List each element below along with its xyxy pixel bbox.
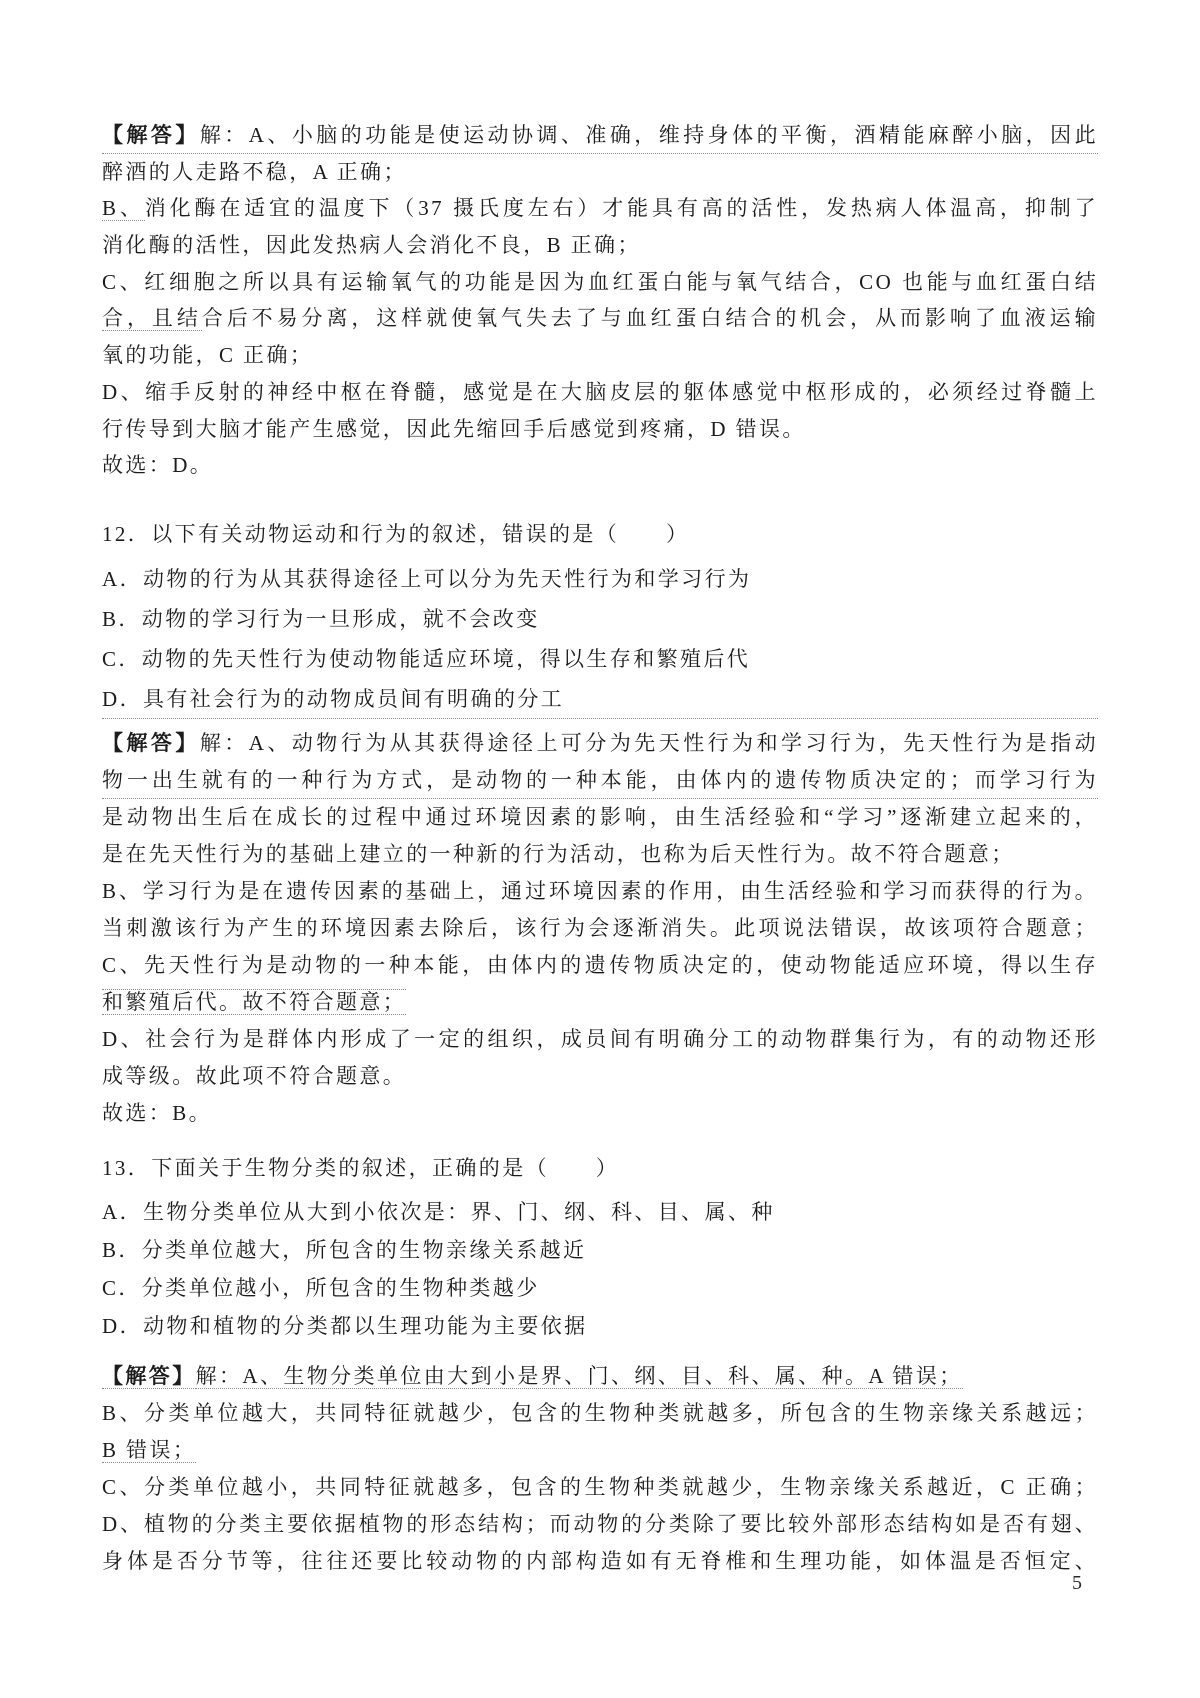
text-line: 合，且结合后不易分离，这样就使氧气失去了与血红蛋白结合的机会，从而影响了血液运输 [102,300,1098,337]
text-line: C、分类单位越小，共同特征就越多，包含的生物种类就越少，生物亲缘关系越近，C 正… [102,1469,1098,1506]
text-run: B．分类单位越大，所包含的生物亲缘关系越近 [102,1238,586,1262]
text-run: 和繁殖后代。故不符合题意； [102,989,406,1015]
text-line: 物一出生就有的一种行为方式，是动物的一种本能，由体内的遗传物质决定的；而学习行为 [102,762,1098,799]
document-page: 【解答】解：A、小脑的功能是使运动协调、准确，维持身体的平衡，酒精能麻醉小脑，因… [0,0,1200,1698]
question-12-question: 12．以下有关动物运动和行为的叙述，错误的是（ ） [102,516,1098,553]
text-line: B、学习行为是在遗传因素的基础上，通过环境因素的作用，由生活经验和学习而获得的行… [102,873,1098,910]
question-12-option-b: B．动物的学习行为一旦形成，就不会改变 [102,599,1098,639]
text-run: 成等级。故此项不符合题意。 [102,1064,406,1088]
text-run: A．生物分类单位从大到小依次是：界、门、纲、科、目、属、种 [102,1200,775,1224]
text-run: A．动物的行为从其获得途径上可以分为先天性行为和学习行为 [102,567,751,591]
text-line: D、缩手反射的神经中枢在脊髓，感觉是在大脑皮层的躯体感觉中枢形成的，必须经过脊髓… [102,374,1098,411]
q11-answer: 【解答】解：A、小脑的功能是使运动协调、准确，维持身体的平衡，酒精能麻醉小脑，因… [102,117,1098,484]
text-line: 醉酒的人走路不稳，A 正确； [102,154,1098,191]
text-run: 氧的功能，C 正确； [102,343,313,367]
text-run: 行传导到大脑才能产生感觉，因此先缩回手后感觉到疼痛，D 错误。 [102,417,806,441]
text-run: 消化酶在适宜的温度下（37 摄氏度左右）才能具有高的活性，发热病人体温高，抑制了 [145,196,1098,220]
text-run: C．分类单位越小，所包含的生物种类越少 [102,1276,540,1300]
text-line: 氧的功能，C 正确； [102,337,1098,374]
text-line: 【解答】解：A、动物行为从其获得途径上可分为先天性行为和学习行为，先天性行为是指… [102,725,1098,762]
text-run: C、红细胞之所以具有运输氧气的功能是因为血红蛋白能与氧气结合，CO 也能与血红蛋… [102,270,1098,294]
text-run: D、社会行为是群体内形成了一定的组织，成员间有明确分工的动物群集行为，有的动物还… [102,1027,1098,1051]
text-run: D、缩手反射的神经中枢在脊髓，感觉是在大脑皮层的躯体感觉中枢形成的，必须经过脊髓… [102,380,1098,404]
text-line: B、分类单位越大，共同特征就越少，包含的生物种类就越多，所包含的生物亲缘关系越远… [102,1395,1098,1432]
text-run: C．动物的先天性行为使动物能适应环境，得以生存和繁殖后代 [102,647,750,671]
text-run: 解：A、小脑的功能是使运动协调、准确，维持身体的平衡，酒精能麻醉小脑，因此 [200,123,1098,147]
text-run: 故选：D。 [102,453,213,477]
question-12-option-d: D．具有社会行为的动物成员间有明确的分工 [102,679,1098,719]
text-run: 合，且结 [102,306,202,331]
text-run: 12．以下有关动物运动和行为的叙述，错误的是（ ） [102,522,689,546]
text-run: C、先天性行为是动物的一种本能，由体内的遗传物质决定的，使动物能适应环境，得以生… [102,953,1098,977]
text-run: D、植物的分类主要依据植物的形态结构；而动物的分类除了要比较外部形态结构如是否有… [102,1512,1098,1536]
text-run: C、分类单位越小，共同特征就越多，包含的生物种类就越少，生物亲缘关系越近，C 正… [102,1475,1098,1499]
text-line: 和繁殖后代。故不符合题意； [102,984,1098,1021]
text-run: 是在先天性行为的基础上建立的一种新的行为活动，也称为后天性行为。故不符合题意； [102,842,1015,866]
question-12: 12．以下有关动物运动和行为的叙述，错误的是（ ）A．动物的行为从其获得途径上可… [102,516,1098,719]
text-run: D．动物和植物的分类都以生理功能为主要依据 [102,1314,588,1338]
question-13: 13．下面关于生物分类的叙述，正确的是（ ）A．生物分类单位从大到小依次是：界、… [102,1150,1098,1345]
q12-answer: 【解答】解：A、动物行为从其获得途径上可分为先天性行为和学习行为，先天性行为是指… [102,725,1098,1132]
question-12-option-c: C．动物的先天性行为使动物能适应环境，得以生存和繁殖后代 [102,639,1098,679]
text-run: 13．下面关于生物分类的叙述，正确的是（ ） [102,1156,619,1180]
text-run: 消化酶的活性，因此发热病人会消化不良，B 正确； [102,233,641,257]
text-run: 身体是否分节等，往往还要比较动物的内部构造如有无脊椎和生理功能，如体温是否恒定、 [102,1549,1098,1573]
text-run: B、学习行为是在遗传因素的基础上，通过环境因素的作用，由生活经验和学习而获得的行… [102,879,1098,903]
question-13-option-a: A．生物分类单位从大到小依次是：界、门、纲、科、目、属、种 [102,1193,1098,1231]
text-line: B 错误； [102,1432,1098,1469]
text-run: 故选：B。 [102,1101,212,1125]
text-line: C、先天性行为是动物的一种本能，由体内的遗传物质决定的，使动物能适应环境，得以生… [102,947,1098,984]
text-line: 消化酶的活性，因此发热病人会消化不良，B 正确； [102,227,1098,264]
question-13-question: 13．下面关于生物分类的叙述，正确的是（ ） [102,1150,1098,1187]
text-line: 故选：D。 [102,447,1098,484]
text-run: 当刺激该行为产生的环境因素去除后，该行为会逐渐消失。此项说法错误，故该项符合题意… [102,916,1098,940]
text-line: B、消化酶在适宜的温度下（37 摄氏度左右）才能具有高的活性，发热病人体温高，抑… [102,190,1098,227]
text-run: B．动物的学习行为一旦形成，就不会改变 [102,607,540,631]
text-run: B、分类单位越大，共同特征就越少，包含的生物种类就越多，所包含的生物亲缘关系越远… [102,1401,1098,1425]
text-line: 【解答】解：A、生物分类单位由大到小是界、门、纲、目、科、属、种。A 错误； [102,1358,1098,1395]
text-line: 是在先天性行为的基础上建立的一种新的行为活动，也称为后天性行为。故不符合题意； [102,836,1098,873]
page-number: 5 [1072,1572,1082,1595]
question-12-option-a: A．动物的行为从其获得途径上可以分为先天性行为和学习行为 [102,559,1098,599]
answer-label: 【解答】 [102,123,200,147]
text-run: 解：A、生物分类单位由大到小是界、门、纲、目、科、属、种。A 错误； [196,1364,963,1389]
answer-label: 【解答】 [102,731,200,755]
text-line: D、社会行为是群体内形成了一定的组织，成员间有明确分工的动物群集行为，有的动物还… [102,1021,1098,1058]
text-run: 物一出生就有的一种行为方式，是动物的一种本能，由体内的遗传物质决定的；而学习行为 [102,768,1098,792]
text-line: 故选：B。 [102,1095,1098,1132]
text-line: 成等级。故此项不符合题意。 [102,1058,1098,1095]
q13-answer: 【解答】解：A、生物分类单位由大到小是界、门、纲、目、科、属、种。A 错误；B、… [102,1358,1098,1580]
question-13-option-c: C．分类单位越小，所包含的生物种类越少 [102,1269,1098,1307]
text-line: D、植物的分类主要依据植物的形态结构；而动物的分类除了要比较外部形态结构如是否有… [102,1506,1098,1543]
document-content: 【解答】解：A、小脑的功能是使运动协调、准确，维持身体的平衡，酒精能麻醉小脑，因… [102,0,1098,1580]
text-run: 合后不易分离，这样就使氧气失去了与血红蛋白结合的机会，从而影响了血液运输 [202,306,1098,330]
text-line: 当刺激该行为产生的环境因素去除后，该行为会逐渐消失。此项说法错误，故该项符合题意… [102,910,1098,947]
text-line: 身体是否分节等，往往还要比较动物的内部构造如有无脊椎和生理功能，如体温是否恒定、 [102,1543,1098,1580]
question-13-option-b: B．分类单位越大，所包含的生物亲缘关系越近 [102,1231,1098,1269]
text-run: D．具有社会行为的动物成员间有明确的分工 [102,687,564,711]
text-run: 醉酒的人走路不稳，A 正确； [102,160,407,184]
text-run: 解：A、动物行为从其获得途径上可分为先天性行为和学习行为，先天性行为是指动 [200,731,1098,755]
text-run: 是动物出生后在成长的过程中通过环境因素的影响，由生活经验和“学习”逐渐建立起来的… [102,805,1098,829]
text-run: B、 [102,196,145,221]
text-line: C、红细胞之所以具有运输氧气的功能是因为血红蛋白能与氧气结合，CO 也能与血红蛋… [102,264,1098,301]
text-line: 【解答】解：A、小脑的功能是使运动协调、准确，维持身体的平衡，酒精能麻醉小脑，因… [102,117,1098,154]
text-line: 是动物出生后在成长的过程中通过环境因素的影响，由生活经验和“学习”逐渐建立起来的… [102,799,1098,836]
text-line: 行传导到大脑才能产生感觉，因此先缩回手后感觉到疼痛，D 错误。 [102,411,1098,448]
question-13-option-d: D．动物和植物的分类都以生理功能为主要依据 [102,1307,1098,1345]
text-run: B 错误； [102,1438,196,1463]
answer-label: 【解答】 [102,1364,196,1389]
